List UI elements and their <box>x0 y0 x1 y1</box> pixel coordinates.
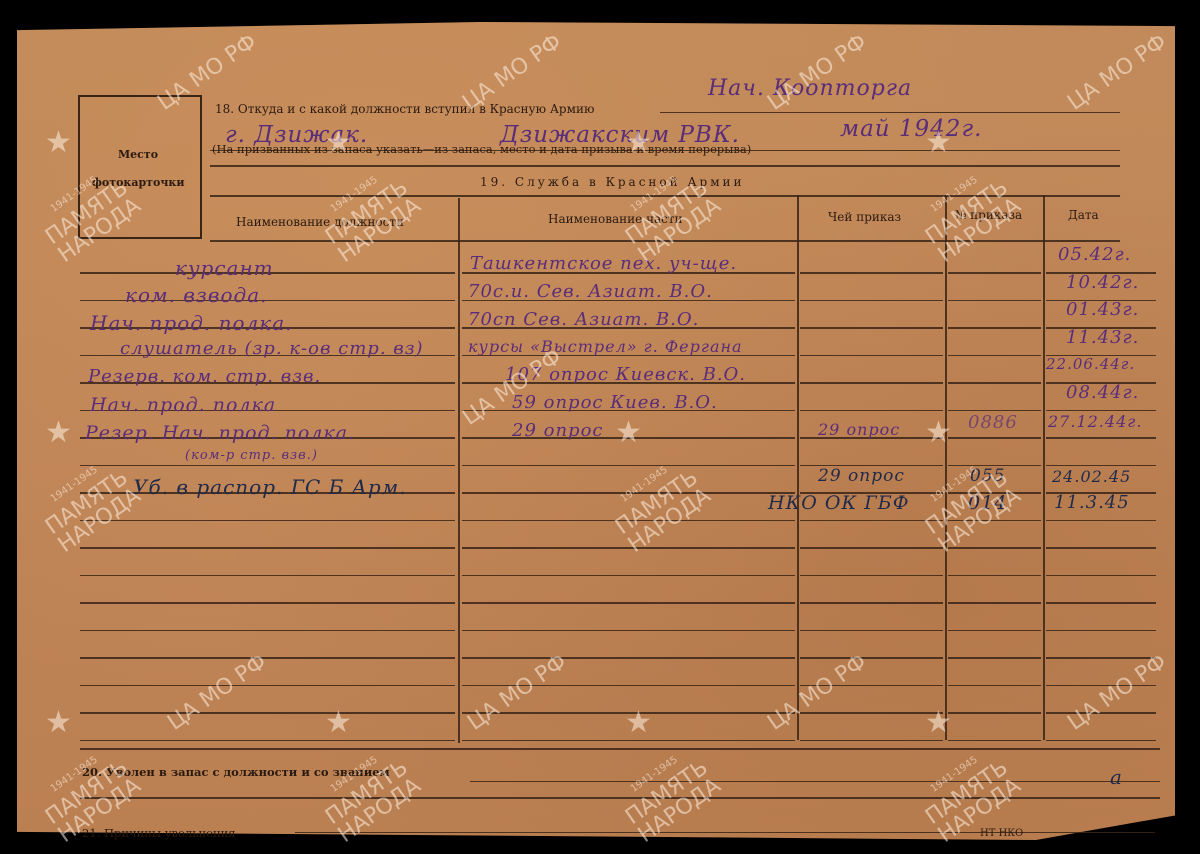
table-row-line <box>1046 740 1156 742</box>
row-4-date: 11.43г. <box>1066 327 1139 348</box>
table-row-line <box>948 657 1041 659</box>
table-top-rule <box>210 195 1120 197</box>
table-row-line <box>462 630 795 632</box>
table-row-line <box>800 657 943 659</box>
row-5-position: Резерв. ком. стр. взв. <box>88 366 321 387</box>
section-20-label: 20. Уволен в запас с должности и со зван… <box>82 765 390 779</box>
row-9-order-no: 055 <box>970 466 1005 486</box>
row-5-unit: 107 опрос Киевск. В.О. <box>505 364 746 385</box>
table-row-line <box>948 300 1041 302</box>
row-10-order-no: 014 <box>968 492 1007 514</box>
row-7-unit: 29 опрос <box>512 420 604 441</box>
section-20-fill-line <box>470 781 1160 782</box>
row-1-position: курсант <box>175 256 274 280</box>
table-row-line <box>462 492 795 494</box>
section-20-mark: а <box>1110 765 1123 789</box>
section-18-handwriting-position: Нач. Коопторга <box>708 76 912 101</box>
table-header-rule <box>210 240 1120 242</box>
row-8-position: (ком-р стр. взв.) <box>185 448 318 463</box>
column-divider-3 <box>945 195 947 740</box>
table-row-line <box>80 547 455 549</box>
table-row-line <box>462 740 795 742</box>
column-divider-1 <box>458 198 460 743</box>
table-row-line <box>80 685 455 687</box>
section-18-label: 18. Откуда и с какой должности вступил в… <box>215 102 594 116</box>
table-row-line <box>948 327 1041 329</box>
table-row-line <box>80 630 455 632</box>
column-divider-4 <box>1043 195 1045 740</box>
row-6-date: 08.44г. <box>1066 382 1139 403</box>
table-row-line <box>462 547 795 549</box>
row-7-position: Резер. Нач. прод. полка. <box>85 422 355 444</box>
table-row-line <box>800 602 943 604</box>
row-9-date: 24.02.45 <box>1052 467 1131 486</box>
table-row-line <box>462 575 795 577</box>
row-3-date: 01.43г. <box>1066 299 1139 320</box>
table-row-line <box>80 740 455 742</box>
table-row-line <box>462 520 795 522</box>
column-header-order-by: Чей приказ <box>828 210 901 224</box>
table-row-line <box>948 575 1041 577</box>
table-row-line <box>800 685 943 687</box>
table-row-line <box>800 630 943 632</box>
row-10-order-by: НКО ОК ГБФ <box>768 492 910 514</box>
section-21-label: 21. Причины увольнения <box>82 826 236 840</box>
section-18-note: (На призванных из запаса указать—из запа… <box>212 142 751 156</box>
table-row-line <box>1046 410 1156 412</box>
table-row-line <box>80 657 455 659</box>
table-row-line <box>948 355 1041 357</box>
table-row-line <box>1046 575 1156 577</box>
section-18-line <box>660 112 1120 113</box>
section-21-fill-line <box>295 832 1155 833</box>
photo-label-line2: фотокарточки <box>92 176 184 189</box>
table-row-line <box>800 300 943 302</box>
table-row-line <box>1046 657 1156 659</box>
table-row-line <box>462 602 795 604</box>
table-row-line <box>948 410 1041 412</box>
table-row-line <box>800 272 943 274</box>
table-row-line <box>800 712 943 714</box>
column-header-date: Дата <box>1068 208 1099 222</box>
table-row-line <box>1046 630 1156 632</box>
table-row-line <box>948 520 1041 522</box>
row-2-date: 10.42г. <box>1066 272 1139 293</box>
table-row-line <box>462 685 795 687</box>
table-row-line <box>80 575 455 577</box>
table-row-line <box>1046 520 1156 522</box>
table-row-line <box>80 712 455 714</box>
column-header-order-no: № приказа <box>955 208 1022 222</box>
table-row-line <box>1046 465 1156 467</box>
table-row-line <box>800 355 943 357</box>
row-9-order-by: 29 опрос <box>818 466 905 486</box>
table-row-line <box>80 520 455 522</box>
table-row-line <box>948 382 1041 384</box>
row-7-order-no: 0886 <box>968 412 1018 433</box>
table-row-line <box>948 685 1041 687</box>
row-5-date: 22.06.44г. <box>1046 355 1135 373</box>
photo-placeholder-box <box>78 95 202 239</box>
table-row-line <box>1046 685 1156 687</box>
row-1-unit: Ташкентское пех. уч-ще. <box>470 253 737 274</box>
table-row-line <box>948 740 1041 742</box>
column-header-unit: Наименование части <box>548 212 683 226</box>
table-row-line <box>948 547 1041 549</box>
row-2-position: ком. взвода. <box>125 283 267 307</box>
section-18-date: май 1942г. <box>840 116 982 142</box>
row-3-position: Нач. прод. полка. <box>90 311 293 335</box>
table-row-line <box>948 437 1041 439</box>
table-row-line <box>800 520 943 522</box>
row-3-unit: 70сп Сев. Азиат. В.О. <box>468 309 699 330</box>
table-row-line <box>80 465 455 467</box>
photo-label-line1: Место <box>118 148 158 161</box>
table-row-line <box>1046 712 1156 714</box>
row-7-date: 27.12.44г. <box>1048 412 1142 431</box>
table-row-line <box>800 382 943 384</box>
table-row-line <box>948 602 1041 604</box>
table-row-line <box>462 657 795 659</box>
table-row-line <box>80 602 455 604</box>
table-row-line <box>800 327 943 329</box>
section-20-top-rule <box>80 748 1160 750</box>
table-row-line <box>948 712 1041 714</box>
table-row-line <box>1046 437 1156 439</box>
row-2-unit: 70с.и. Сев. Азиат. В.О. <box>468 281 713 302</box>
table-row-line <box>948 630 1041 632</box>
table-row-line <box>800 547 943 549</box>
footer-print-code: НТ НКО <box>980 828 1023 839</box>
row-7-order-by: 29 опрос <box>818 420 900 439</box>
row-6-position: Нач. прод. полка <box>90 394 276 416</box>
section-19-title: 19. Служба в Красной Армии <box>480 175 745 189</box>
section-20-bottom-rule <box>80 797 1160 799</box>
table-row-line <box>948 272 1041 274</box>
row-4-position: слушатель (зр. к-ов стр. вз) <box>120 338 424 359</box>
table-row-line <box>1046 547 1156 549</box>
table-row-line <box>462 465 795 467</box>
table-row-line <box>1046 602 1156 604</box>
row-9-position: Уб. в распор. ГС Б Арм. <box>133 475 407 499</box>
row-4-unit: курсы «Выстрел» г. Фергана <box>468 337 743 356</box>
row-6-unit: 59 опрос Киев. В.О. <box>512 392 718 413</box>
table-row-line <box>462 712 795 714</box>
table-row-line <box>800 740 943 742</box>
row-1-date: 05.42г. <box>1058 244 1131 265</box>
column-divider-2 <box>797 195 799 740</box>
row-10-date: 11.3.45 <box>1054 492 1130 513</box>
table-row-line <box>800 410 943 412</box>
table-row-line <box>800 575 943 577</box>
column-header-position: Наименование должности <box>236 215 404 229</box>
section-18-bottom-rule <box>210 165 1120 167</box>
